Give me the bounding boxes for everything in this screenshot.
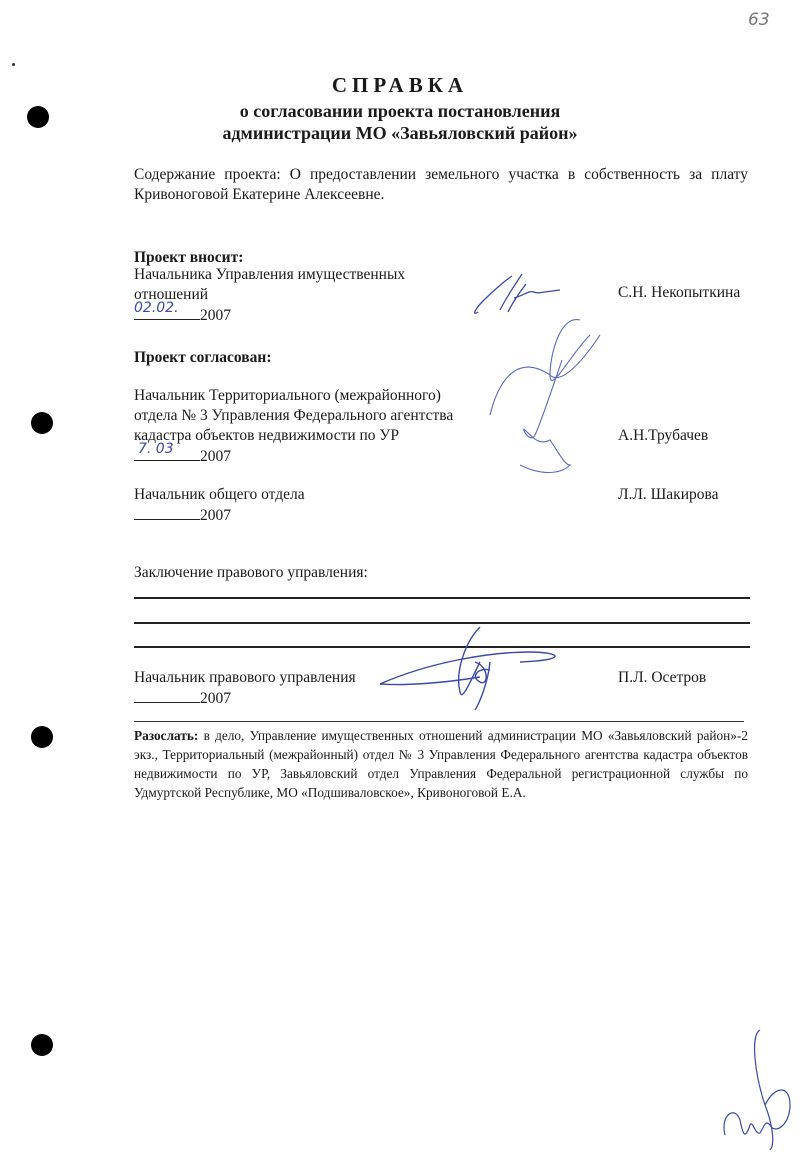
signature-osetrov [370,622,620,722]
signer-2-date: 2007 [134,505,231,526]
punch-hole [31,412,53,434]
distribution-label: Разослать: [134,728,198,743]
signature-trubachev [480,315,620,485]
signer-1-position-3: кадастра объектов недвижимости по УР [134,426,399,446]
doc-subtitle-1: о согласовании проекта постановления [0,101,800,122]
signature-margin [715,1025,800,1154]
punch-hole [31,726,53,748]
legal-name: П.Л. Осетров [618,668,706,688]
doc-subtitle-2: администрации МО «Завьяловский район» [0,123,800,144]
signer-1-date: 7. 032007 [134,446,231,467]
punch-hole [31,1034,53,1056]
page-number: 63 [748,10,770,30]
date-year: 2007 [200,448,231,465]
speck [12,63,15,66]
approved-heading: Проект согласован: [134,348,272,368]
date-year: 2007 [200,507,231,524]
signature-nekopytkina [470,270,590,320]
legal-heading: Заключение правового управления: [134,563,368,583]
conclusion-line [134,597,750,599]
doc-title: СПРАВКА [0,73,800,98]
signer-1-position-1: Начальник Территориального (межрайонного… [134,386,441,406]
distribution-list: Разослать: в дело, Управление имуществен… [134,726,748,802]
legal-date: 2007 [134,688,231,709]
submitted-date: 02.02.2007 [134,305,231,326]
date-year: 2007 [200,307,231,324]
signer-2-name: Л.Л. Шакирова [618,485,719,505]
signer-1-position-2: отдела № 3 Управления Федерального агент… [134,406,453,426]
signer-2-position: Начальник общего отдела [134,485,305,505]
distribution-text: в дело, Управление имущественных отношен… [134,728,748,800]
submitted-position-1: Начальника Управления имущественных [134,265,405,285]
submitted-name: С.Н. Некопыткина [618,283,740,303]
handwritten-date: 02.02. [134,298,179,318]
handwritten-date: 7. 03 [138,439,174,459]
project-content: Содержание проекта: О предоставлении зем… [134,165,748,205]
date-year: 2007 [200,690,231,707]
signer-1-name: А.Н.Трубачев [618,426,708,446]
legal-position: Начальник правового управления [134,668,356,688]
